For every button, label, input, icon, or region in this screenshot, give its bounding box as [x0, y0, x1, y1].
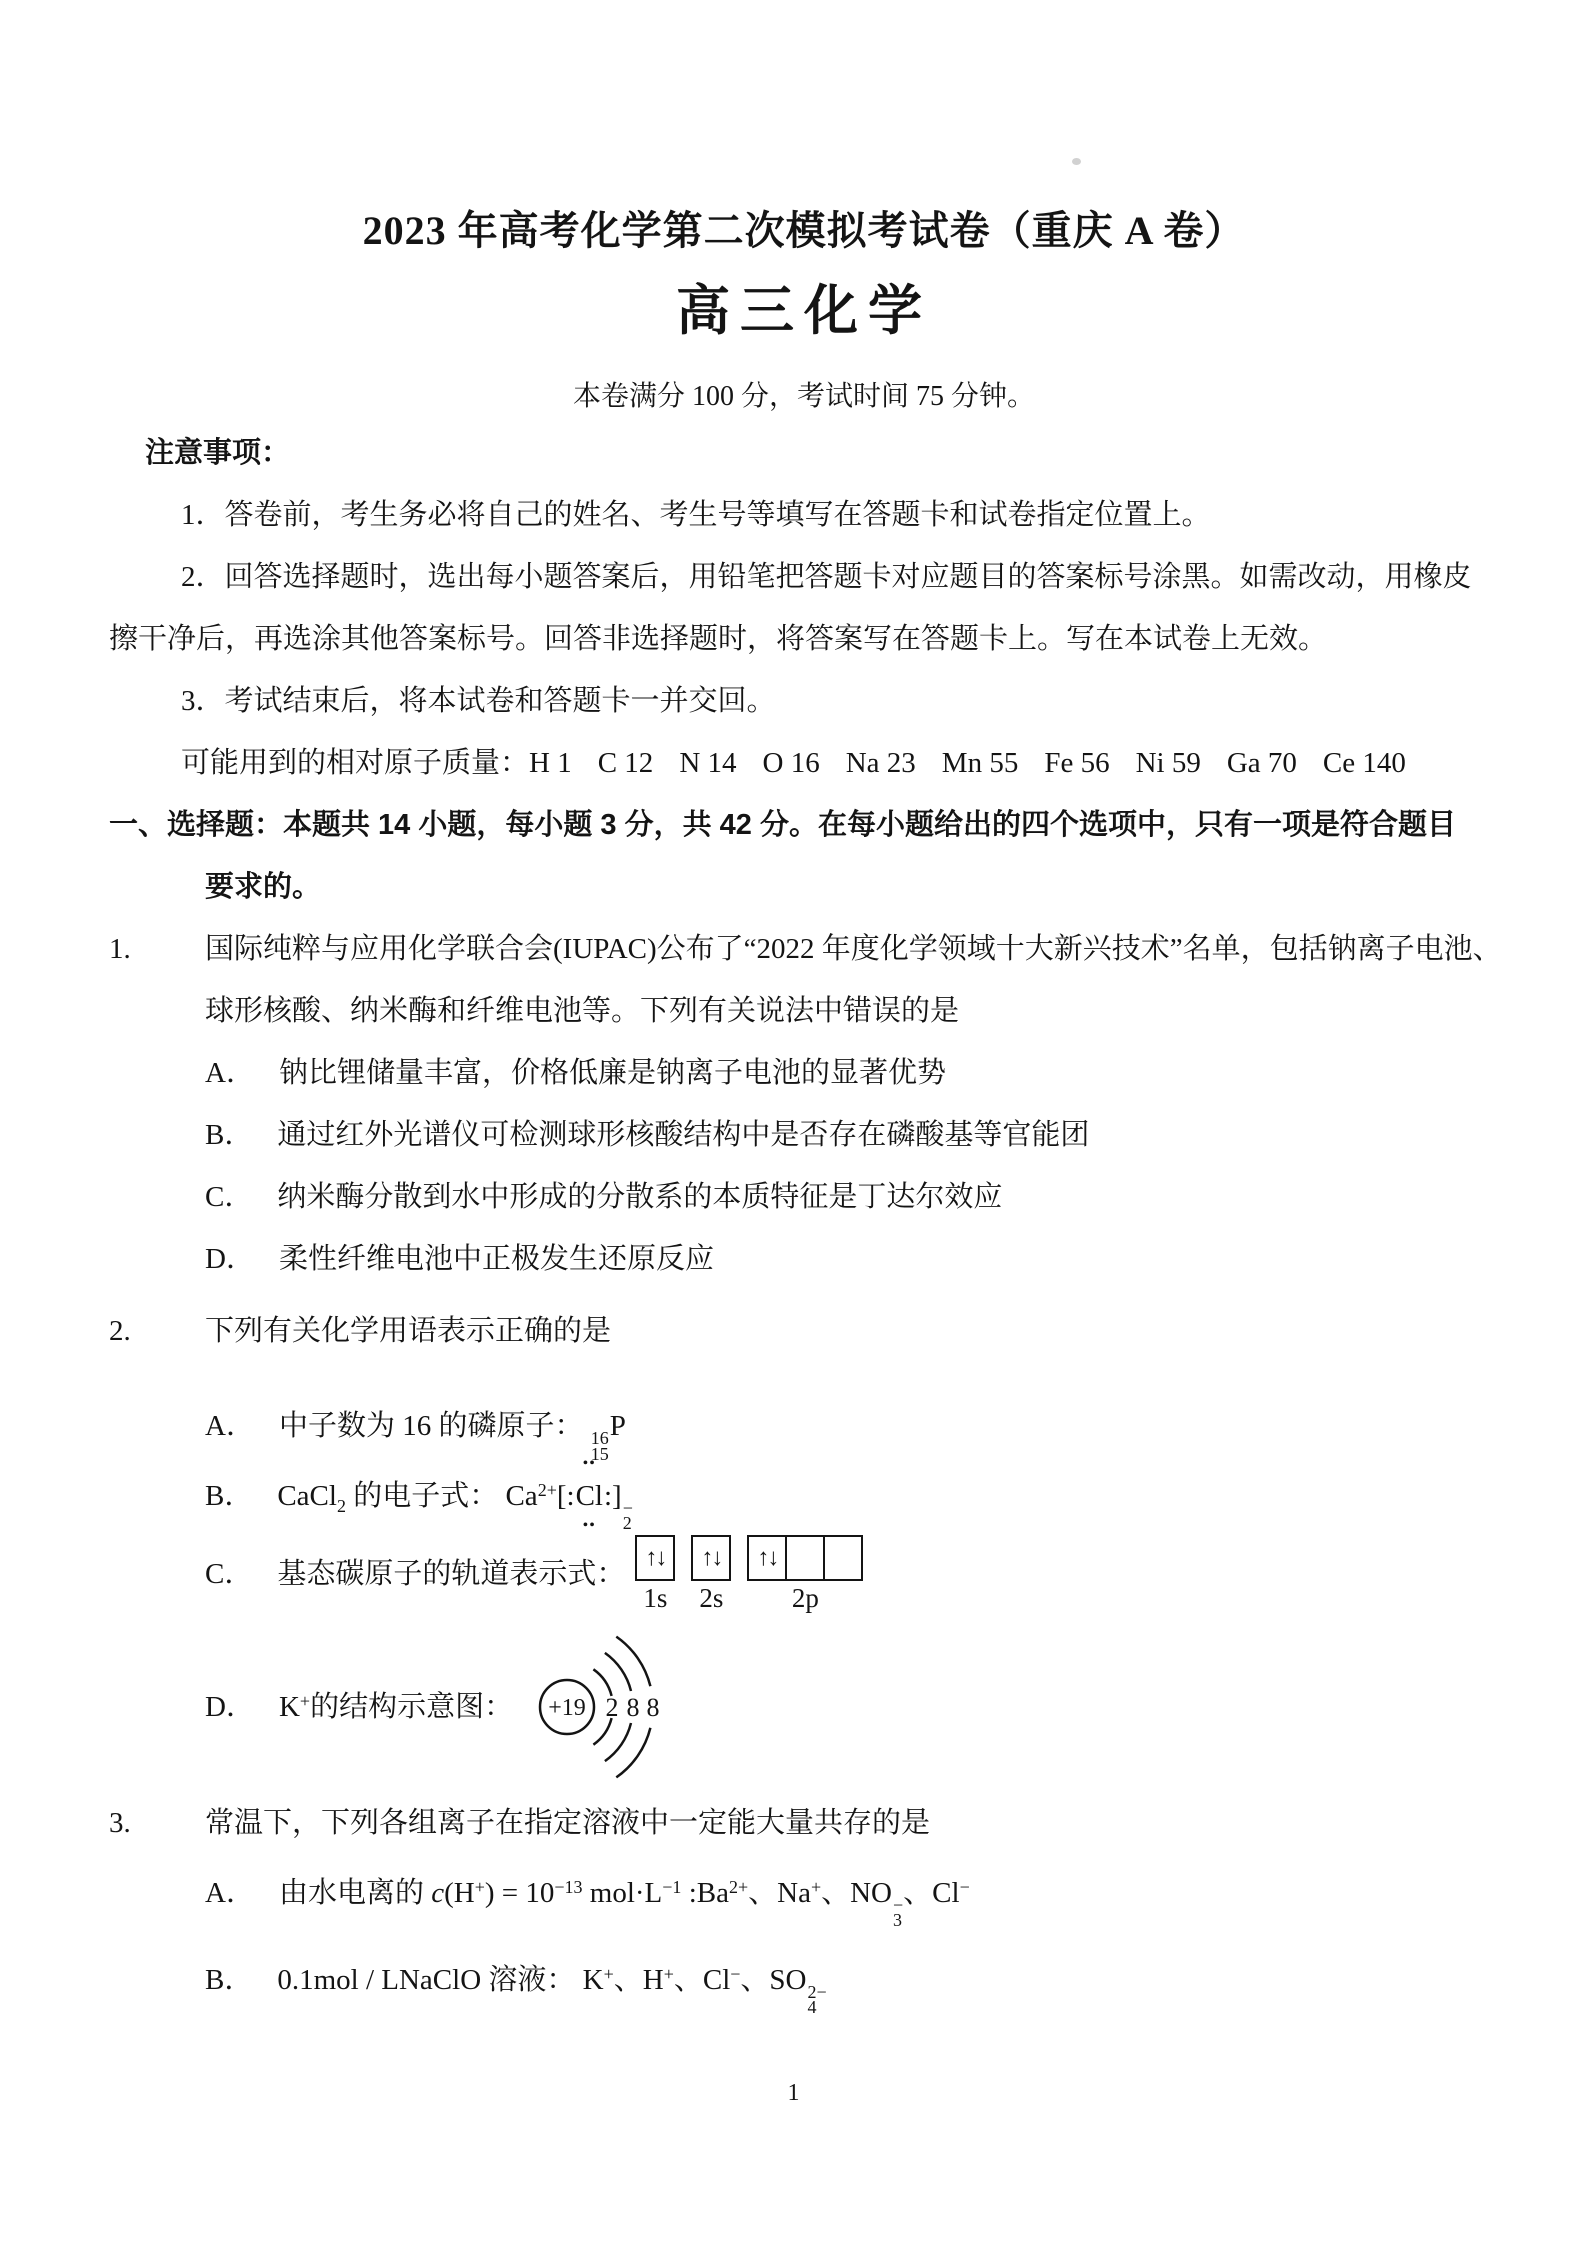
option-label: D．	[205, 1243, 255, 1275]
option-text: 0.1mol / LNaClO 溶液： K+、H+、Cl−、SO2−4	[277, 1964, 826, 1996]
orbital-group-2p: ↑↓ 2p	[747, 1535, 863, 1613]
question-1-stem-line2: 球形核酸、纳米酶和纤维电池等。下列有关说法中错误的是	[205, 980, 1499, 1042]
atomic-masses-line: 可能用到的相对原子质量：H 1C 12N 14O 16Na 23Mn 55Fe …	[109, 732, 1499, 794]
nucleus-label: +19	[548, 1695, 586, 1721]
orbital-cell: ↑↓	[635, 1535, 675, 1581]
question-2-option-a: A．中子数为 16 的磷原子： 1615P	[205, 1395, 1499, 1462]
option-label: A．	[205, 1057, 255, 1089]
option-label: A．	[205, 1410, 255, 1442]
orbital-cell: ↑↓	[691, 1535, 731, 1581]
question-2-option-c: C． 基态碳原子的轨道表示式： ↑↓ 1s ↑↓ 2s	[205, 1535, 1499, 1613]
question-3-stem: 常温下，下列各组离子在指定溶液中一定能大量共存的是	[205, 1792, 1499, 1854]
atomic-mass-item: Ni 59	[1136, 747, 1201, 779]
orbital-cell	[823, 1535, 863, 1581]
atom-structure-diagram: +19 2 8 8	[535, 1626, 675, 1788]
shell-arc	[616, 1728, 650, 1778]
option-text: 基态碳原子的轨道表示式：	[277, 1557, 625, 1591]
atomic-mass-item: Mn 55	[942, 747, 1019, 779]
shell-count: 8	[647, 1693, 660, 1722]
exam-subtitle: 高三化学	[109, 282, 1499, 340]
question-3-option-a: A．由水电离的 c(H+) = 10−13 mol·L−1 :Ba2+、Na+、…	[205, 1862, 1499, 1928]
orbital-label: 2s	[699, 1583, 723, 1613]
note-item-1: 1．答卷前，考生务必将自己的姓名、考生号等填写在答题卡和试卷指定位置上。	[109, 484, 1499, 546]
question-3-number: 3.	[109, 1792, 205, 2015]
shell-arc	[616, 1637, 650, 1687]
option-label: C．	[205, 1181, 253, 1213]
atomic-mass-item: H 1	[529, 747, 572, 779]
orbital-diagram: ↑↓ 1s ↑↓ 2s ↑↓	[635, 1535, 879, 1613]
orbital-label: 2p	[792, 1583, 819, 1613]
note-item-2-line1: 2．回答选择题时，选出每小题答案后，用铅笔把答题卡对应题目的答案标号涂黑。如需改…	[109, 546, 1499, 608]
page-content: 2023 年高考化学第二次模拟考试卷（重庆 A 卷） 高三化学 本卷满分 100…	[0, 0, 1587, 2015]
shell-arc	[593, 1718, 611, 1745]
option-text: 由水电离的 c(H+) = 10−13 mol·L−1 :Ba2+、Na+、NO…	[279, 1877, 970, 1909]
question-1-option-c: C．纳米酶分散到水中形成的分散系的本质特征是丁达尔效应	[205, 1166, 1499, 1228]
option-text: 通过红外光谱仪可检测球形核酸结构中是否存在磷酸基等官能团	[277, 1119, 1089, 1151]
question-2-stem: 下列有关化学用语表示正确的是	[205, 1300, 1499, 1362]
option-label: D．	[205, 1690, 255, 1724]
question-2-option-d: D． K+的结构示意图： +19 2	[205, 1626, 1499, 1788]
option-label: B．	[205, 1480, 253, 1512]
option-text: K+的结构示意图：	[279, 1690, 513, 1724]
shell-arcs	[593, 1637, 650, 1778]
question-1-option-d: D．柔性纤维电池中正极发生还原反应	[205, 1228, 1499, 1290]
shell-count: 8	[627, 1693, 640, 1722]
option-text: 纳米酶分散到水中形成的分散系的本质特征是丁达尔效应	[277, 1181, 1002, 1213]
option-label: B．	[205, 1119, 253, 1151]
shell-arc	[593, 1669, 611, 1696]
note-item-2-line2: 擦干净后，再选涂其他答案标号。回答非选择题时，将答案写在答题卡上。写在本试卷上无…	[109, 608, 1499, 670]
atomic-mass-item: N 14	[679, 747, 736, 779]
shell-count: 2	[606, 1693, 619, 1722]
question-1-stem-line1: 国际纯粹与应用化学联合会(IUPAC)公布了“2022 年度化学领域十大新兴技术…	[205, 918, 1499, 980]
atomic-mass-item: Fe 56	[1044, 747, 1109, 779]
notes-header: 注意事项：	[145, 422, 1499, 484]
question-2: 2. 下列有关化学用语表示正确的是 A．中子数为 16 的磷原子： 1615P …	[109, 1300, 1499, 1788]
orbital-group-1s: ↑↓ 1s	[635, 1535, 675, 1613]
page-number: 1	[0, 2078, 1587, 2108]
question-3: 3. 常温下，下列各组离子在指定溶液中一定能大量共存的是 A．由水电离的 c(H…	[109, 1792, 1499, 2015]
orbital-cell: ↑↓	[747, 1535, 787, 1581]
section1-header-line1: 一、选择题：本题共 14 小题，每小题 3 分，共 42 分。在每小题给出的四个…	[109, 794, 1499, 856]
exam-page: 2023 年高考化学第二次模拟考试卷（重庆 A 卷） 高三化学 本卷满分 100…	[0, 0, 1587, 2245]
question-1: 1. 国际纯粹与应用化学联合会(IUPAC)公布了“2022 年度化学领域十大新…	[109, 918, 1499, 1290]
exam-title: 2023 年高考化学第二次模拟考试卷（重庆 A 卷）	[109, 0, 1499, 256]
option-text: CaCl2 的电子式： Ca2+[:••Cl••:]−2	[277, 1480, 633, 1512]
orbital-label: 1s	[643, 1583, 667, 1613]
orbital-cell	[785, 1535, 825, 1581]
atomic-masses-label: 可能用到的相对原子质量：	[181, 747, 529, 779]
option-label: B．	[205, 1964, 253, 1996]
section1-header-line2: 要求的。	[109, 856, 1499, 918]
atomic-mass-item: Ce 140	[1323, 747, 1406, 779]
note-item-3: 3．考试结束后，将本试卷和答题卡一并交回。	[109, 670, 1499, 732]
atomic-mass-item: Na 23	[846, 747, 916, 779]
option-text: 中子数为 16 的磷原子： 1615P	[279, 1410, 626, 1442]
option-label: A．	[205, 1877, 255, 1909]
atomic-mass-item: C 12	[598, 747, 654, 779]
question-1-option-b: B．通过红外光谱仪可检测球形核酸结构中是否存在磷酸基等官能团	[205, 1104, 1499, 1166]
orbital-group-2s: ↑↓ 2s	[691, 1535, 731, 1613]
atomic-mass-item: Ga 70	[1227, 747, 1297, 779]
question-3-option-b: B．0.1mol / LNaClO 溶液： K+、H+、Cl−、SO2−4	[205, 1949, 1499, 2015]
question-2-option-b: B．CaCl2 的电子式： Ca2+[:••Cl••:]−2	[205, 1465, 1499, 1531]
option-label: C．	[205, 1557, 253, 1591]
question-1-option-a: A．钠比锂储量丰富，价格低廉是钠离子电池的显著优势	[205, 1042, 1499, 1104]
scan-artifact-dot	[1072, 158, 1081, 165]
option-text: 钠比锂储量丰富，价格低廉是钠离子电池的显著优势	[279, 1057, 946, 1089]
question-1-number: 1.	[109, 918, 205, 1290]
question-2-number: 2.	[109, 1300, 205, 1788]
atomic-masses-list: H 1C 12N 14O 16Na 23Mn 55Fe 56Ni 59Ga 70…	[529, 747, 1432, 779]
option-text: 柔性纤维电池中正极发生还原反应	[279, 1243, 714, 1275]
atomic-mass-item: O 16	[763, 747, 820, 779]
exam-info: 本卷满分 100 分，考试时间 75 分钟。	[109, 380, 1499, 414]
